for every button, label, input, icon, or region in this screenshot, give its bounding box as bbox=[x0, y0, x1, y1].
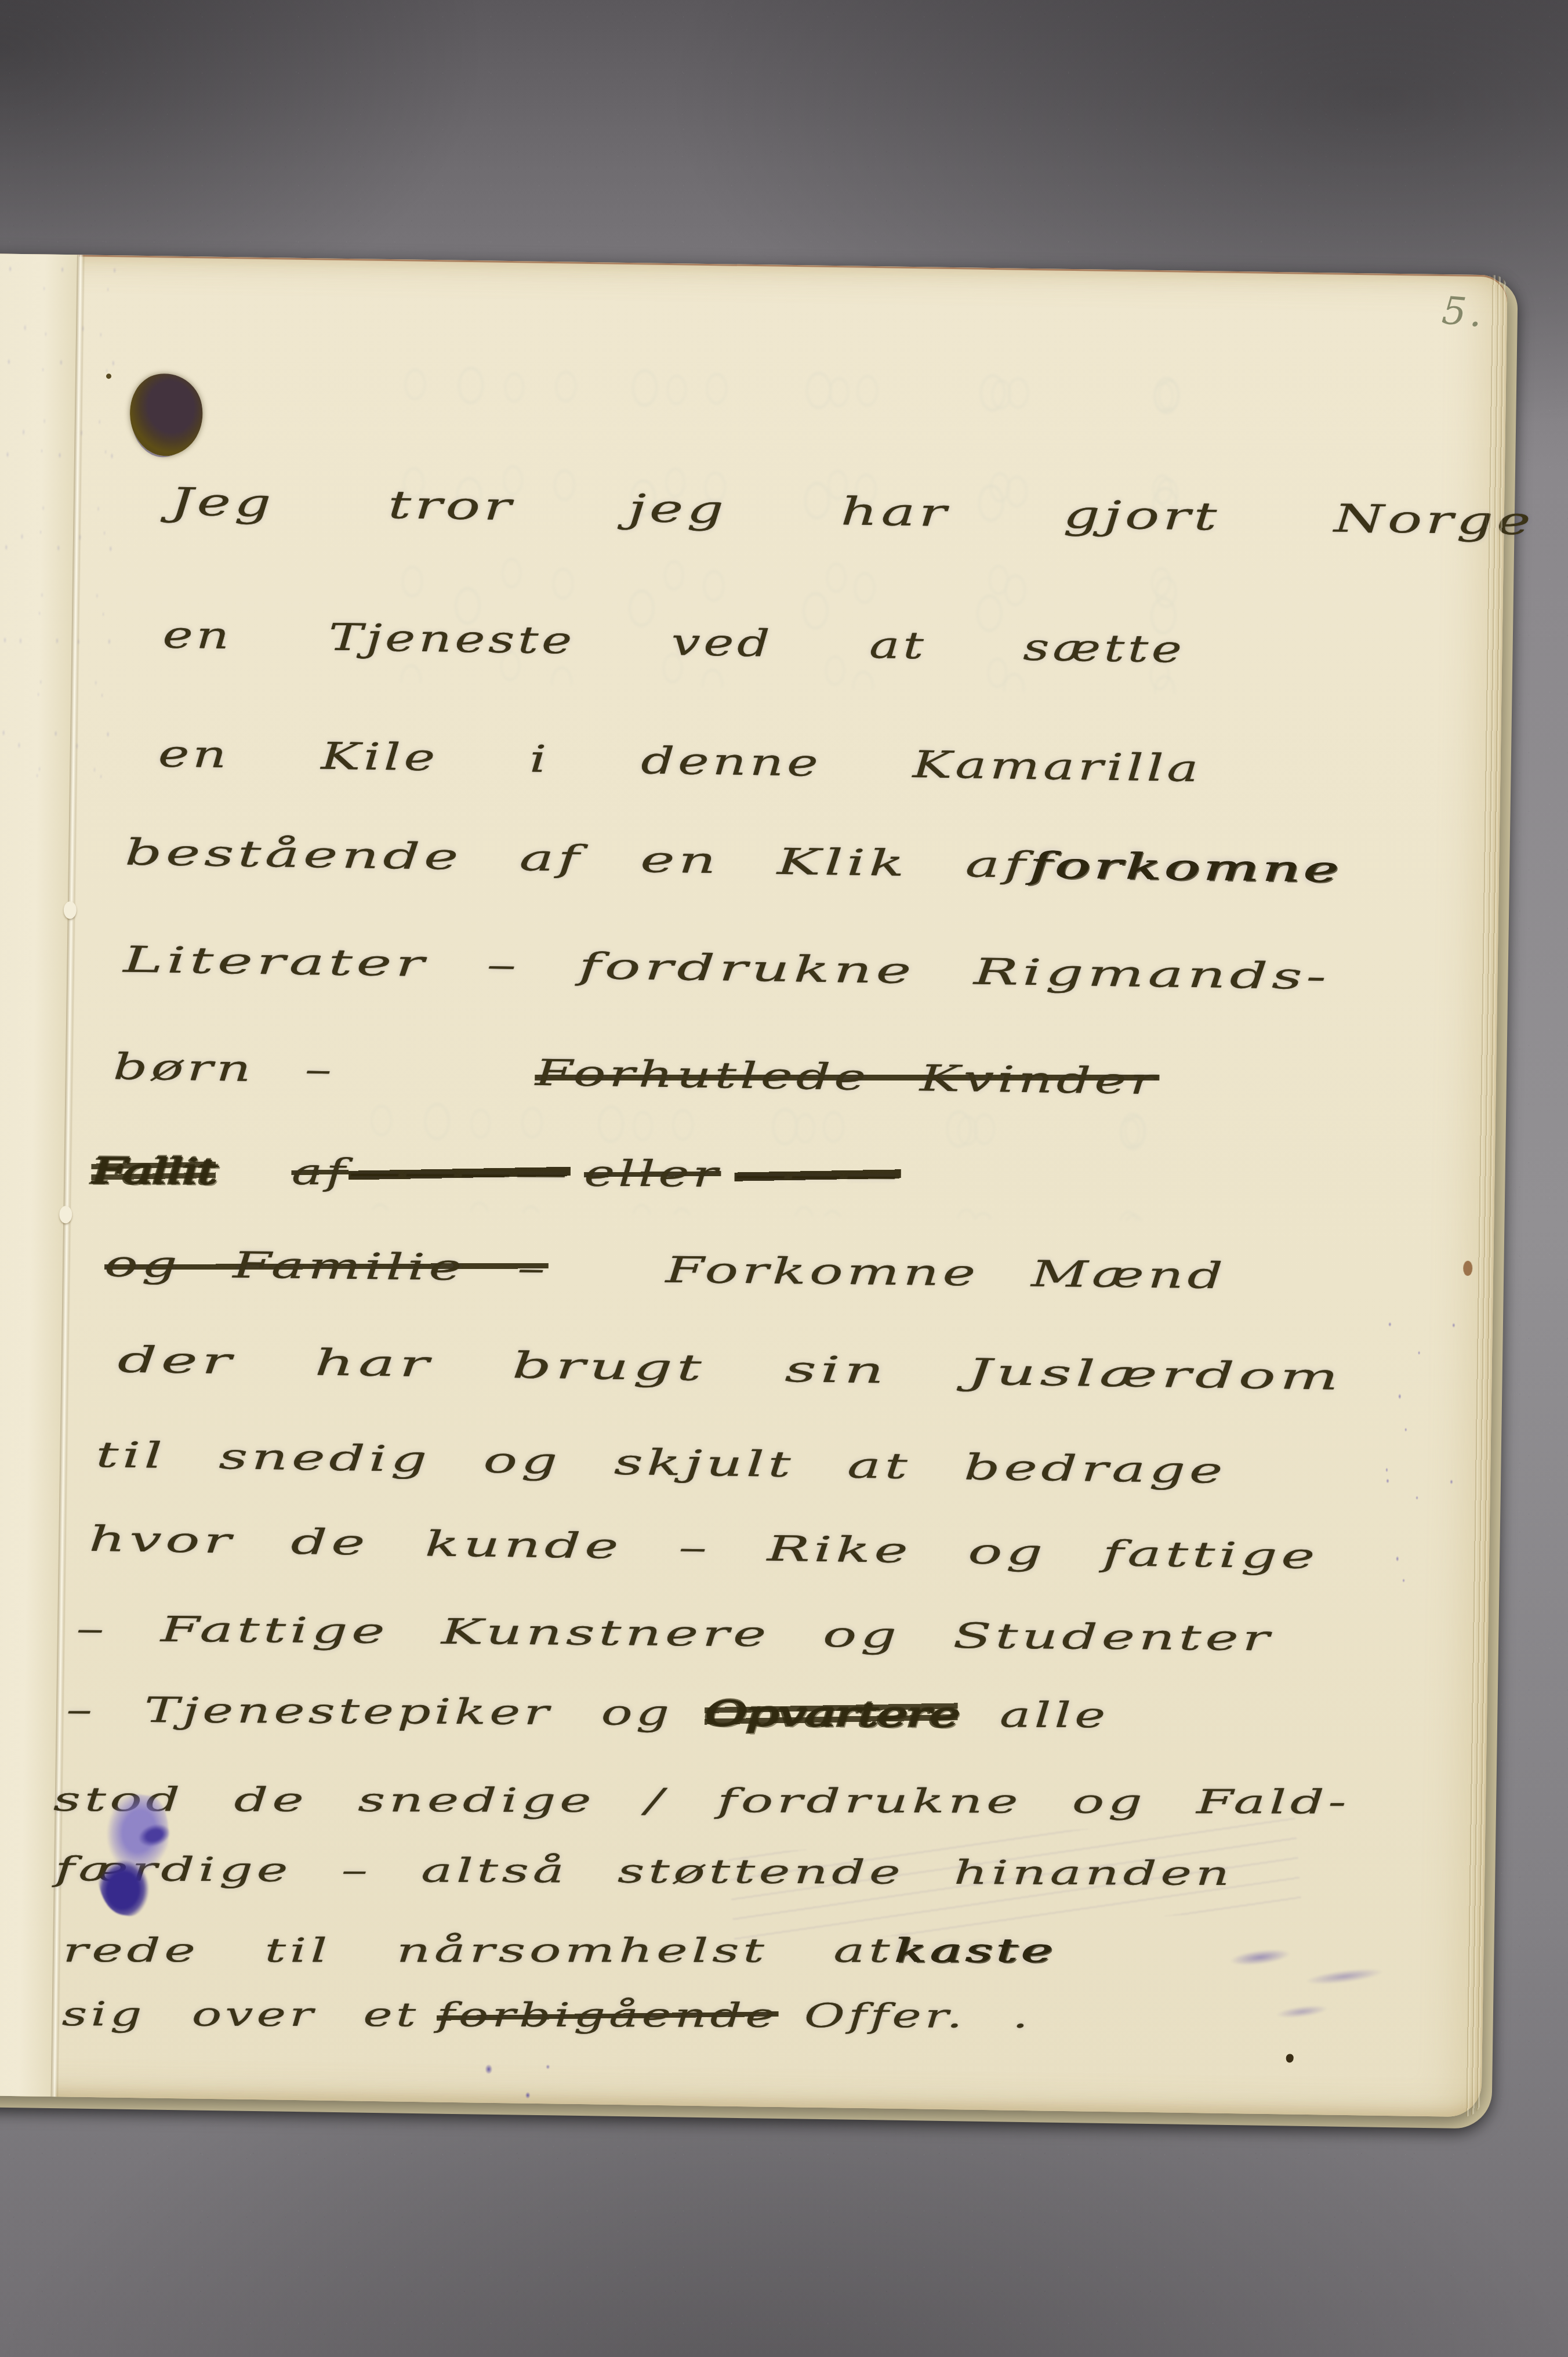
ink-speck bbox=[106, 374, 111, 379]
text-segment-plain: Forkomne Mænd bbox=[666, 1252, 1227, 1294]
handwritten-line: sig over etforbigåendeOffer. . bbox=[62, 1998, 1032, 2033]
text-segment-strikebar: ——— bbox=[734, 1156, 901, 1194]
purple-smudge bbox=[1188, 1913, 1431, 2040]
text-segment-overwritten: kaste bbox=[894, 1935, 1055, 1968]
text-segment-plain: alle bbox=[1000, 1698, 1109, 1733]
text-segment-plain: bestående af en Klik af bbox=[125, 835, 1029, 883]
ink-blot bbox=[122, 367, 210, 462]
handwritten-line: – Tjenestepiker ogOpvarterealle bbox=[66, 1692, 1109, 1733]
text-segment-plain: Offer. . bbox=[804, 2000, 1032, 2033]
text-segment-plain: Literater – fordrukne Rigmands- bbox=[123, 942, 1330, 995]
text-segment-struck: af bbox=[292, 1154, 349, 1191]
text-segment-scribbled: Fallit bbox=[91, 1153, 216, 1190]
handwritten-line: stod de snedige / fordrukne og Fald- bbox=[53, 1783, 1350, 1819]
text-segment-plain: sig over et bbox=[62, 1998, 420, 2032]
text-segment-struck: forbigående bbox=[437, 1999, 778, 2033]
text-segment-overwritten: forkomne bbox=[1029, 847, 1341, 888]
manuscript-page: 5. Jeg tror jeg har gjort Norgeen Tjenes… bbox=[0, 253, 1508, 2117]
scanned-notebook-photo: 5. Jeg tror jeg har gjort Norgeen Tjenes… bbox=[0, 0, 1568, 2357]
text-segment-plain: – Fattige Kunstnere og Studenter bbox=[76, 1612, 1273, 1656]
handwritten-line: bestående af en Klik af forkomne bbox=[125, 835, 1341, 888]
text-segment-scribbled: Opvartere bbox=[704, 1696, 958, 1732]
handwritten-line: en Kile i denne Kamarilla bbox=[158, 735, 1202, 788]
purple-ink-dots bbox=[463, 2050, 563, 2115]
text-segment-struck: eller bbox=[584, 1156, 721, 1192]
handwritten-line: til snedig og skjult at bedrage bbox=[96, 1437, 1226, 1489]
handwritten-line: børn –Forhutlede Kvinder bbox=[113, 1049, 1160, 1100]
blue-speckles-gutter bbox=[0, 259, 122, 812]
text-segment-plain: – Tjenestepiker og bbox=[66, 1692, 673, 1731]
handwritten-line: Jeg tror jeg har gjort Norge bbox=[170, 483, 1534, 541]
text-segment-strikebar: ———— bbox=[349, 1154, 571, 1191]
ink-dot bbox=[1286, 2054, 1294, 2062]
text-segment-plain: Jeg tror jeg har gjort Norge bbox=[170, 483, 1534, 541]
handwritten-line: rede til nårsomhelst at kaste bbox=[63, 1934, 1055, 1968]
text-segment-plain: der har brugt sin Juslærdom bbox=[117, 1342, 1342, 1395]
handwritten-line: hvor de kunde – Rike og fattige bbox=[89, 1522, 1319, 1574]
text-segment-struck: og Familie – bbox=[104, 1246, 549, 1286]
text-segment-plain: børn – bbox=[113, 1049, 336, 1087]
handwritten-line: Literater – fordrukne Rigmands- bbox=[123, 942, 1330, 995]
handwritten-line: og Familie –Forkomne Mænd bbox=[104, 1246, 1227, 1294]
page-number: 5. bbox=[1440, 288, 1487, 336]
text-segment-plain: en Kile i denne Kamarilla bbox=[158, 735, 1202, 788]
faint-streaks bbox=[728, 1814, 1302, 1948]
rust-spot bbox=[1463, 1261, 1472, 1276]
purple-offset-stains bbox=[1366, 1311, 1458, 1626]
text-segment-plain: stod de snedige / fordrukne og Fald- bbox=[53, 1783, 1350, 1819]
text-segment-struck: Forhutlede Kvinder bbox=[535, 1055, 1160, 1100]
handwritten-line: Fallitaf————eller——— bbox=[91, 1153, 901, 1194]
handwritten-line: – Fattige Kunstnere og Studenter bbox=[76, 1612, 1273, 1656]
handwritten-line: der har brugt sin Juslærdom bbox=[117, 1342, 1342, 1395]
text-segment-plain: til snedig og skjult at bedrage bbox=[96, 1437, 1226, 1489]
text-segment-plain: hvor de kunde – Rike og fattige bbox=[89, 1522, 1319, 1574]
